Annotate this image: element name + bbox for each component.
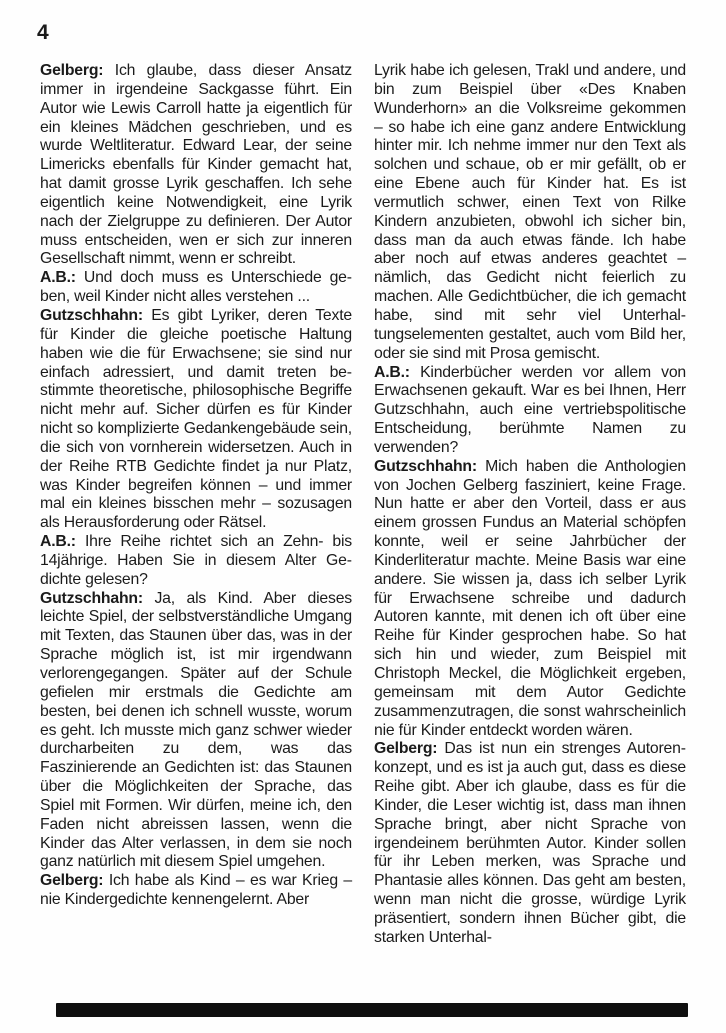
speaker-label: A.B.: [374,364,420,381]
interview-paragraph: A.B.: Ihre Reihe richtet sich an Zehn- b… [40,533,352,590]
interview-paragraph: Gelberg: Ich glaube, dass dieser Ansatz … [40,62,352,269]
interview-paragraph: Gutzschhahn: Mich haben die Antholo­gien… [374,458,686,741]
interview-paragraph: A.B.: Und doch muss es Unterschiede ge­b… [40,269,352,307]
column-right: Lyrik habe ich gelesen, Trakl und andere… [374,62,686,948]
interview-paragraph: Lyrik habe ich gelesen, Trakl und andere… [374,62,686,364]
speaker-label: A.B.: [40,269,84,286]
interview-paragraph: Gelberg: Ich habe als Kind – es war Krie… [40,872,352,910]
speaker-label: Gutzschhahn: [40,307,151,324]
interview-paragraph: Gutzschhahn: Ja, als Kind. Aber dieses l… [40,590,352,873]
interview-paragraph: Gelberg: Das ist nun ein strenges Autore… [374,740,686,947]
page-number: 4 [37,21,48,45]
interview-paragraph: A.B.: Kinderbücher werden vor allem von … [374,364,686,458]
article-columns: Gelberg: Ich glaube, dass dieser Ansatz … [40,62,686,948]
footer-rule [56,1003,688,1017]
speaker-label: Gutzschhahn: [374,458,485,475]
column-left: Gelberg: Ich glaube, dass dieser Ansatz … [40,62,352,948]
speaker-label: Gutzschhahn: [40,590,154,607]
speaker-label: A.B.: [40,533,85,550]
scanned-document-page: 4 Gelberg: Ich glaube, dass dieser Ansat… [0,0,726,1033]
speaker-label: Gelberg: [374,740,444,757]
interview-paragraph: Gutzschhahn: Es gibt Lyriker, deren Text… [40,307,352,533]
speaker-label: Gelberg: [40,872,109,889]
speaker-label: Gelberg: [40,62,115,79]
